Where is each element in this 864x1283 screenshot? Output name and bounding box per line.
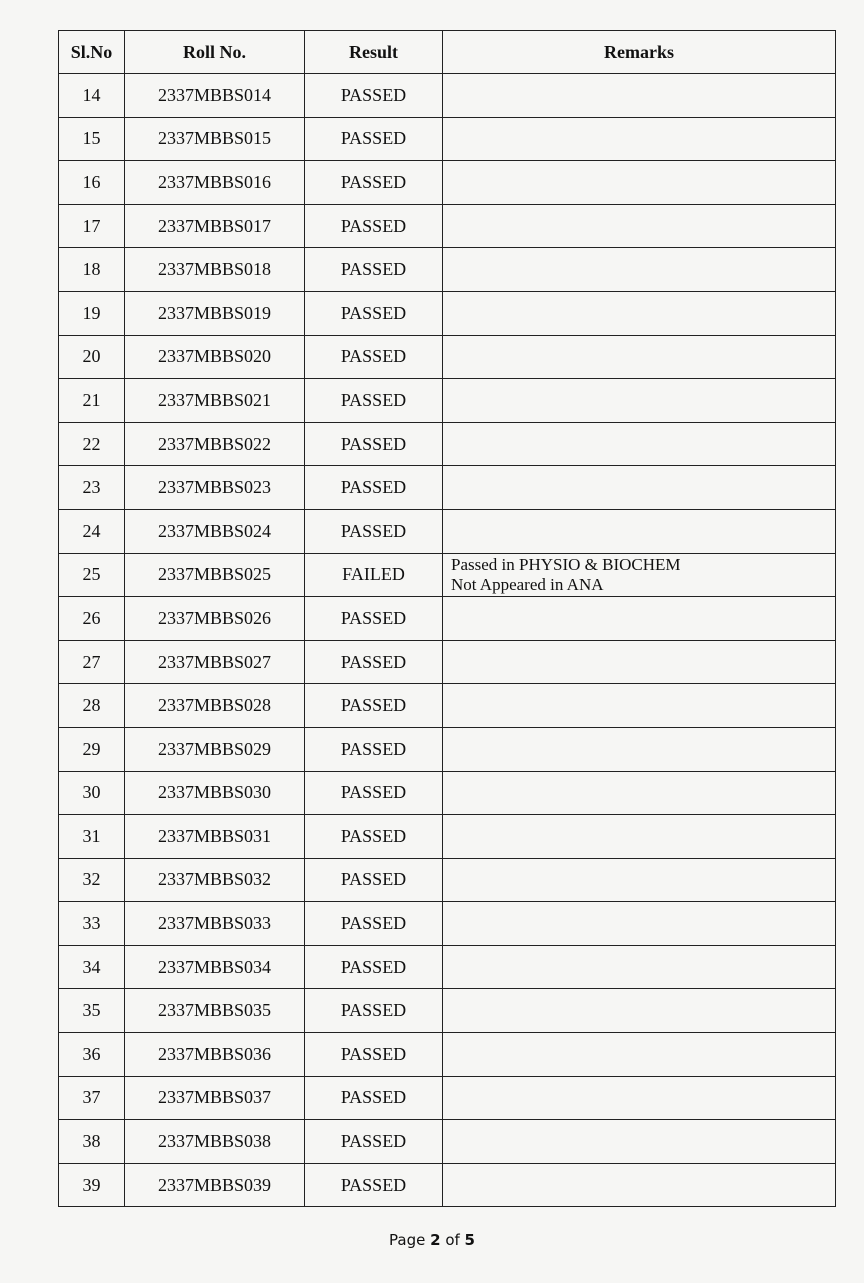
cell-result: PASSED <box>305 989 443 1033</box>
cell-result: PASSED <box>305 466 443 510</box>
cell-roll-no: 2337MBBS036 <box>125 1033 305 1077</box>
table-row: 292337MBBS029PASSED <box>59 727 836 771</box>
cell-roll-no: 2337MBBS037 <box>125 1076 305 1120</box>
cell-remarks <box>443 204 836 248</box>
cell-result: PASSED <box>305 204 443 248</box>
cell-roll-no: 2337MBBS021 <box>125 379 305 423</box>
page-total: 5 <box>465 1231 475 1249</box>
cell-remarks <box>443 945 836 989</box>
cell-remarks <box>443 335 836 379</box>
cell-sl-no: 39 <box>59 1163 125 1207</box>
cell-result: PASSED <box>305 335 443 379</box>
cell-roll-no: 2337MBBS038 <box>125 1120 305 1164</box>
cell-result: PASSED <box>305 291 443 335</box>
table-row: 262337MBBS026PASSED <box>59 597 836 641</box>
cell-result: PASSED <box>305 74 443 118</box>
cell-remarks <box>443 379 836 423</box>
header-roll-no: Roll No. <box>125 31 305 74</box>
table-header-row: Sl.No Roll No. Result Remarks <box>59 31 836 74</box>
cell-roll-no: 2337MBBS028 <box>125 684 305 728</box>
cell-remarks <box>443 815 836 859</box>
cell-roll-no: 2337MBBS022 <box>125 422 305 466</box>
cell-result: PASSED <box>305 945 443 989</box>
cell-result: PASSED <box>305 684 443 728</box>
cell-sl-no: 28 <box>59 684 125 728</box>
table-row: 142337MBBS014PASSED <box>59 74 836 118</box>
cell-roll-no: 2337MBBS032 <box>125 858 305 902</box>
cell-remarks <box>443 1076 836 1120</box>
cell-result: PASSED <box>305 771 443 815</box>
cell-roll-no: 2337MBBS018 <box>125 248 305 292</box>
cell-remarks <box>443 466 836 510</box>
cell-result: PASSED <box>305 1033 443 1077</box>
cell-remarks <box>443 422 836 466</box>
cell-sl-no: 16 <box>59 161 125 205</box>
cell-sl-no: 18 <box>59 248 125 292</box>
cell-sl-no: 30 <box>59 771 125 815</box>
table-row: 172337MBBS017PASSED <box>59 204 836 248</box>
table-row: 212337MBBS021PASSED <box>59 379 836 423</box>
cell-sl-no: 17 <box>59 204 125 248</box>
cell-sl-no: 35 <box>59 989 125 1033</box>
table-row: 322337MBBS032PASSED <box>59 858 836 902</box>
table-row: 362337MBBS036PASSED <box>59 1033 836 1077</box>
cell-sl-no: 24 <box>59 509 125 553</box>
cell-result: PASSED <box>305 1120 443 1164</box>
cell-roll-no: 2337MBBS016 <box>125 161 305 205</box>
cell-roll-no: 2337MBBS020 <box>125 335 305 379</box>
cell-remarks <box>443 1033 836 1077</box>
cell-roll-no: 2337MBBS039 <box>125 1163 305 1207</box>
table-row: 202337MBBS020PASSED <box>59 335 836 379</box>
cell-sl-no: 38 <box>59 1120 125 1164</box>
table-row: 342337MBBS034PASSED <box>59 945 836 989</box>
cell-sl-no: 23 <box>59 466 125 510</box>
cell-sl-no: 15 <box>59 117 125 161</box>
cell-result: PASSED <box>305 1076 443 1120</box>
table-row: 192337MBBS019PASSED <box>59 291 836 335</box>
cell-result: FAILED <box>305 553 443 597</box>
cell-roll-no: 2337MBBS014 <box>125 74 305 118</box>
table-row: 352337MBBS035PASSED <box>59 989 836 1033</box>
table-row: 382337MBBS038PASSED <box>59 1120 836 1164</box>
table-row: 372337MBBS037PASSED <box>59 1076 836 1120</box>
cell-result: PASSED <box>305 858 443 902</box>
results-table: Sl.No Roll No. Result Remarks 142337MBBS… <box>58 30 836 1207</box>
page-indicator: Page 2 of 5 <box>0 1231 864 1249</box>
cell-sl-no: 32 <box>59 858 125 902</box>
remark-line: Passed in PHYSIO & BIOCHEM <box>451 555 835 575</box>
remark-line: Not Appeared in ANA <box>451 575 835 595</box>
table-row: 242337MBBS024PASSED <box>59 509 836 553</box>
cell-sl-no: 33 <box>59 902 125 946</box>
cell-remarks <box>443 858 836 902</box>
cell-remarks <box>443 291 836 335</box>
table-row: 232337MBBS023PASSED <box>59 466 836 510</box>
cell-sl-no: 19 <box>59 291 125 335</box>
table-row: 252337MBBS025FAILEDPassed in PHYSIO & BI… <box>59 553 836 597</box>
cell-result: PASSED <box>305 1163 443 1207</box>
cell-remarks <box>443 1120 836 1164</box>
cell-result: PASSED <box>305 248 443 292</box>
cell-roll-no: 2337MBBS025 <box>125 553 305 597</box>
cell-remarks: Passed in PHYSIO & BIOCHEMNot Appeared i… <box>443 553 836 597</box>
cell-remarks <box>443 727 836 771</box>
cell-remarks <box>443 902 836 946</box>
cell-remarks <box>443 1163 836 1207</box>
cell-roll-no: 2337MBBS034 <box>125 945 305 989</box>
cell-roll-no: 2337MBBS015 <box>125 117 305 161</box>
cell-sl-no: 14 <box>59 74 125 118</box>
table-row: 302337MBBS030PASSED <box>59 771 836 815</box>
cell-result: PASSED <box>305 640 443 684</box>
table-row: 222337MBBS022PASSED <box>59 422 836 466</box>
header-result: Result <box>305 31 443 74</box>
cell-sl-no: 27 <box>59 640 125 684</box>
cell-roll-no: 2337MBBS026 <box>125 597 305 641</box>
cell-result: PASSED <box>305 727 443 771</box>
table-row: 332337MBBS033PASSED <box>59 902 836 946</box>
cell-roll-no: 2337MBBS027 <box>125 640 305 684</box>
cell-roll-no: 2337MBBS024 <box>125 509 305 553</box>
table-row: 162337MBBS016PASSED <box>59 161 836 205</box>
cell-sl-no: 25 <box>59 553 125 597</box>
cell-remarks <box>443 74 836 118</box>
cell-result: PASSED <box>305 422 443 466</box>
results-sheet: Sl.No Roll No. Result Remarks 142337MBBS… <box>58 30 836 1207</box>
page-current: 2 <box>430 1231 440 1249</box>
table-body: 142337MBBS014PASSED152337MBBS015PASSED16… <box>59 74 836 1207</box>
cell-roll-no: 2337MBBS029 <box>125 727 305 771</box>
cell-sl-no: 29 <box>59 727 125 771</box>
cell-remarks <box>443 684 836 728</box>
cell-result: PASSED <box>305 161 443 205</box>
cell-sl-no: 21 <box>59 379 125 423</box>
cell-sl-no: 20 <box>59 335 125 379</box>
cell-remarks <box>443 597 836 641</box>
cell-remarks <box>443 117 836 161</box>
cell-remarks <box>443 771 836 815</box>
cell-sl-no: 37 <box>59 1076 125 1120</box>
cell-result: PASSED <box>305 117 443 161</box>
header-remarks: Remarks <box>443 31 836 74</box>
table-row: 152337MBBS015PASSED <box>59 117 836 161</box>
cell-result: PASSED <box>305 379 443 423</box>
cell-remarks <box>443 509 836 553</box>
table-row: 282337MBBS028PASSED <box>59 684 836 728</box>
cell-roll-no: 2337MBBS023 <box>125 466 305 510</box>
cell-sl-no: 22 <box>59 422 125 466</box>
cell-sl-no: 26 <box>59 597 125 641</box>
cell-roll-no: 2337MBBS033 <box>125 902 305 946</box>
cell-roll-no: 2337MBBS030 <box>125 771 305 815</box>
cell-roll-no: 2337MBBS035 <box>125 989 305 1033</box>
cell-roll-no: 2337MBBS019 <box>125 291 305 335</box>
cell-result: PASSED <box>305 597 443 641</box>
cell-remarks <box>443 640 836 684</box>
cell-roll-no: 2337MBBS017 <box>125 204 305 248</box>
cell-result: PASSED <box>305 815 443 859</box>
table-row: 182337MBBS018PASSED <box>59 248 836 292</box>
cell-sl-no: 36 <box>59 1033 125 1077</box>
page-middle: of <box>441 1231 465 1249</box>
table-row: 312337MBBS031PASSED <box>59 815 836 859</box>
cell-result: PASSED <box>305 509 443 553</box>
page-prefix: Page <box>389 1231 430 1249</box>
table-row: 272337MBBS027PASSED <box>59 640 836 684</box>
table-row: 392337MBBS039PASSED <box>59 1163 836 1207</box>
cell-result: PASSED <box>305 902 443 946</box>
cell-sl-no: 34 <box>59 945 125 989</box>
cell-remarks <box>443 248 836 292</box>
cell-roll-no: 2337MBBS031 <box>125 815 305 859</box>
header-sl-no: Sl.No <box>59 31 125 74</box>
cell-remarks <box>443 989 836 1033</box>
cell-sl-no: 31 <box>59 815 125 859</box>
cell-remarks <box>443 161 836 205</box>
